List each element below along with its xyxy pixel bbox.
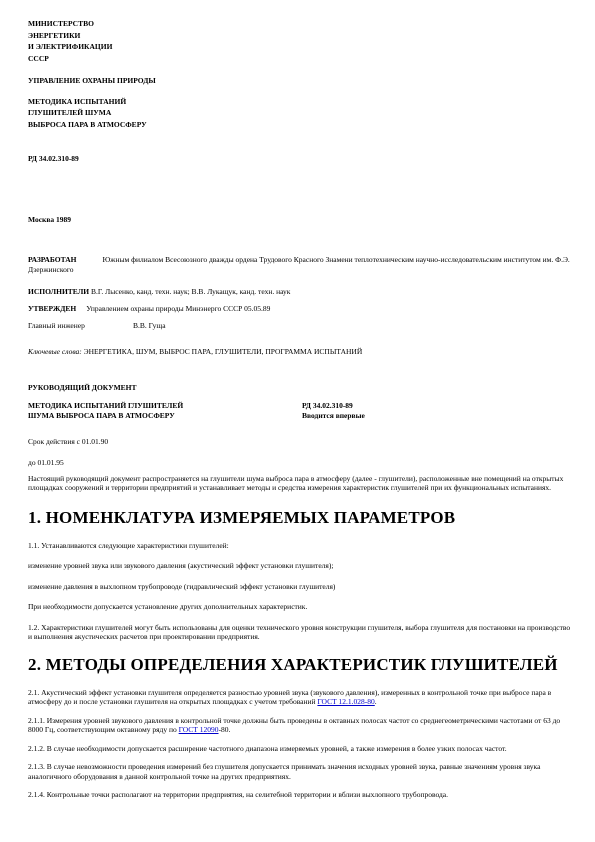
developed-label: РАЗРАБОТАН [28, 255, 76, 264]
paragraph-2-1-1-text: 2.1.1. Измерения уровней звукового давле… [28, 716, 560, 735]
title-block-number: РД 34.02.310-89 [302, 401, 365, 411]
ministry-header: МИНИСТЕРСТВО ЭНЕРГЕТИКИ И ЭЛЕКТРИФИКАЦИИ… [28, 18, 575, 64]
guiding-document-label: РУКОВОДЯЩИЙ ДОКУМЕНТ [28, 383, 575, 393]
paragraph-1-1: 1.1. Устанавливаются следующие характери… [28, 541, 575, 551]
section1-heading: 1. НОМЕНКЛАТУРА ИЗМЕРЯЕМЫХ ПАРАМЕТРОВ [28, 508, 575, 528]
intro-paragraph: Настоящий руководящий документ распростр… [28, 474, 575, 493]
keywords-label: Ключевые слова: [28, 347, 82, 356]
paragraph-1-1-item2: изменение давления в выхлопном трубопров… [28, 582, 575, 592]
title-block-left-line: ШУМА ВЫБРОСА ПАРА В АТМОСФЕРУ [28, 411, 290, 421]
paragraph-1-1-note: При необходимости допускается установлен… [28, 602, 575, 612]
department-line: УПРАВЛЕНИЕ ОХРАНЫ ПРИРОДЫ [28, 75, 575, 87]
document-title-line: ВЫБРОСА ПАРА В АТМОСФЕРУ [28, 119, 575, 131]
executors-label: ИСПОЛНИТЕЛИ [28, 287, 89, 296]
document-title-line: МЕТОДИКА ИСПЫТАНИЙ [28, 96, 575, 108]
chief-engineer-line: Главный инженерВ.В. Гуща [28, 321, 575, 331]
chief-engineer-label: Главный инженер [28, 321, 133, 331]
executors-text: В.Г. Лысенко, канд. техн. наук; В.В. Лук… [91, 287, 290, 296]
paragraph-2-1-3: 2.1.3. В случае невозможности проведения… [28, 762, 575, 781]
chief-engineer-name: В.В. Гуща [133, 321, 166, 330]
title-number-block: МЕТОДИКА ИСПЫТАНИЙ ГЛУШИТЕЛЕЙ ШУМА ВЫБРО… [28, 401, 575, 421]
city-year: Москва 1989 [28, 214, 575, 226]
paragraph-2-1: 2.1. Акустический эффект установки глуши… [28, 688, 575, 707]
title-block-left: МЕТОДИКА ИСПЫТАНИЙ ГЛУШИТЕЛЕЙ ШУМА ВЫБРО… [28, 401, 290, 421]
ministry-line: ЭНЕРГЕТИКИ [28, 30, 575, 42]
paragraph-2-1-2: 2.1.2. В случае необходимости допускаетс… [28, 744, 575, 754]
document-title-line: ГЛУШИТЕЛЕЙ ШУМА [28, 107, 575, 119]
title-block-introduced: Вводится впервые [302, 411, 365, 421]
executors-paragraph: ИСПОЛНИТЕЛИ В.Г. Лысенко, канд. техн. на… [28, 287, 575, 297]
ministry-line: И ЭЛЕКТРИФИКАЦИИ [28, 41, 575, 53]
validity-to: до 01.01.95 [28, 458, 575, 468]
paragraph-2-1-text: 2.1. Акустический эффект установки глуши… [28, 688, 551, 707]
approved-text: Управлением охраны природы Минэнерго ССС… [86, 304, 270, 313]
ministry-line: МИНИСТЕРСТВО [28, 18, 575, 30]
document-page: МИНИСТЕРСТВО ЭНЕРГЕТИКИ И ЭЛЕКТРИФИКАЦИИ… [0, 0, 595, 842]
developed-text: Южным филиалом Всесоюзного дважды ордена… [28, 255, 570, 274]
keywords-text: ЭНЕРГЕТИКА, ШУМ, ВЫБРОС ПАРА, ГЛУШИТЕЛИ,… [84, 347, 363, 356]
document-title: МЕТОДИКА ИСПЫТАНИЙ ГЛУШИТЕЛЕЙ ШУМА ВЫБРО… [28, 96, 575, 131]
gost-12-1-028-80-link[interactable]: ГОСТ 12.1.028-80 [317, 697, 374, 706]
paragraph-2-1-4: 2.1.4. Контрольные точки располагают на … [28, 790, 575, 800]
paragraph-1-1-item1: изменение уровней звука или звукового да… [28, 561, 575, 571]
paragraph-2-1-tail: . [375, 697, 377, 706]
approved-paragraph: УТВЕРЖДЕНУправлением охраны природы Минэ… [28, 304, 575, 314]
title-block-right: РД 34.02.310-89 Вводится впервые [302, 401, 365, 421]
paragraph-2-1-1: 2.1.1. Измерения уровней звукового давле… [28, 716, 575, 735]
paragraph-2-1-1-tail: -80. [219, 725, 231, 734]
developed-paragraph: РАЗРАБОТАНЮжным филиалом Всесоюзного два… [28, 255, 575, 274]
section2-heading: 2. МЕТОДЫ ОПРЕДЕЛЕНИЯ ХАРАКТЕРИСТИК ГЛУШ… [28, 655, 575, 675]
validity-from: Срок действия с 01.01.90 [28, 437, 575, 447]
keywords-line: Ключевые слова: ЭНЕРГЕТИКА, ШУМ, ВЫБРОС … [28, 347, 575, 357]
ministry-line: СССР [28, 53, 575, 65]
paragraph-1-2: 1.2. Характеристики глушителей могут быт… [28, 623, 575, 642]
document-number: РД 34.02.310-89 [28, 153, 575, 165]
gost-12090-link[interactable]: ГОСТ 12090 [179, 725, 219, 734]
approved-label: УТВЕРЖДЕН [28, 304, 76, 313]
title-block-left-line: МЕТОДИКА ИСПЫТАНИЙ ГЛУШИТЕЛЕЙ [28, 401, 290, 411]
